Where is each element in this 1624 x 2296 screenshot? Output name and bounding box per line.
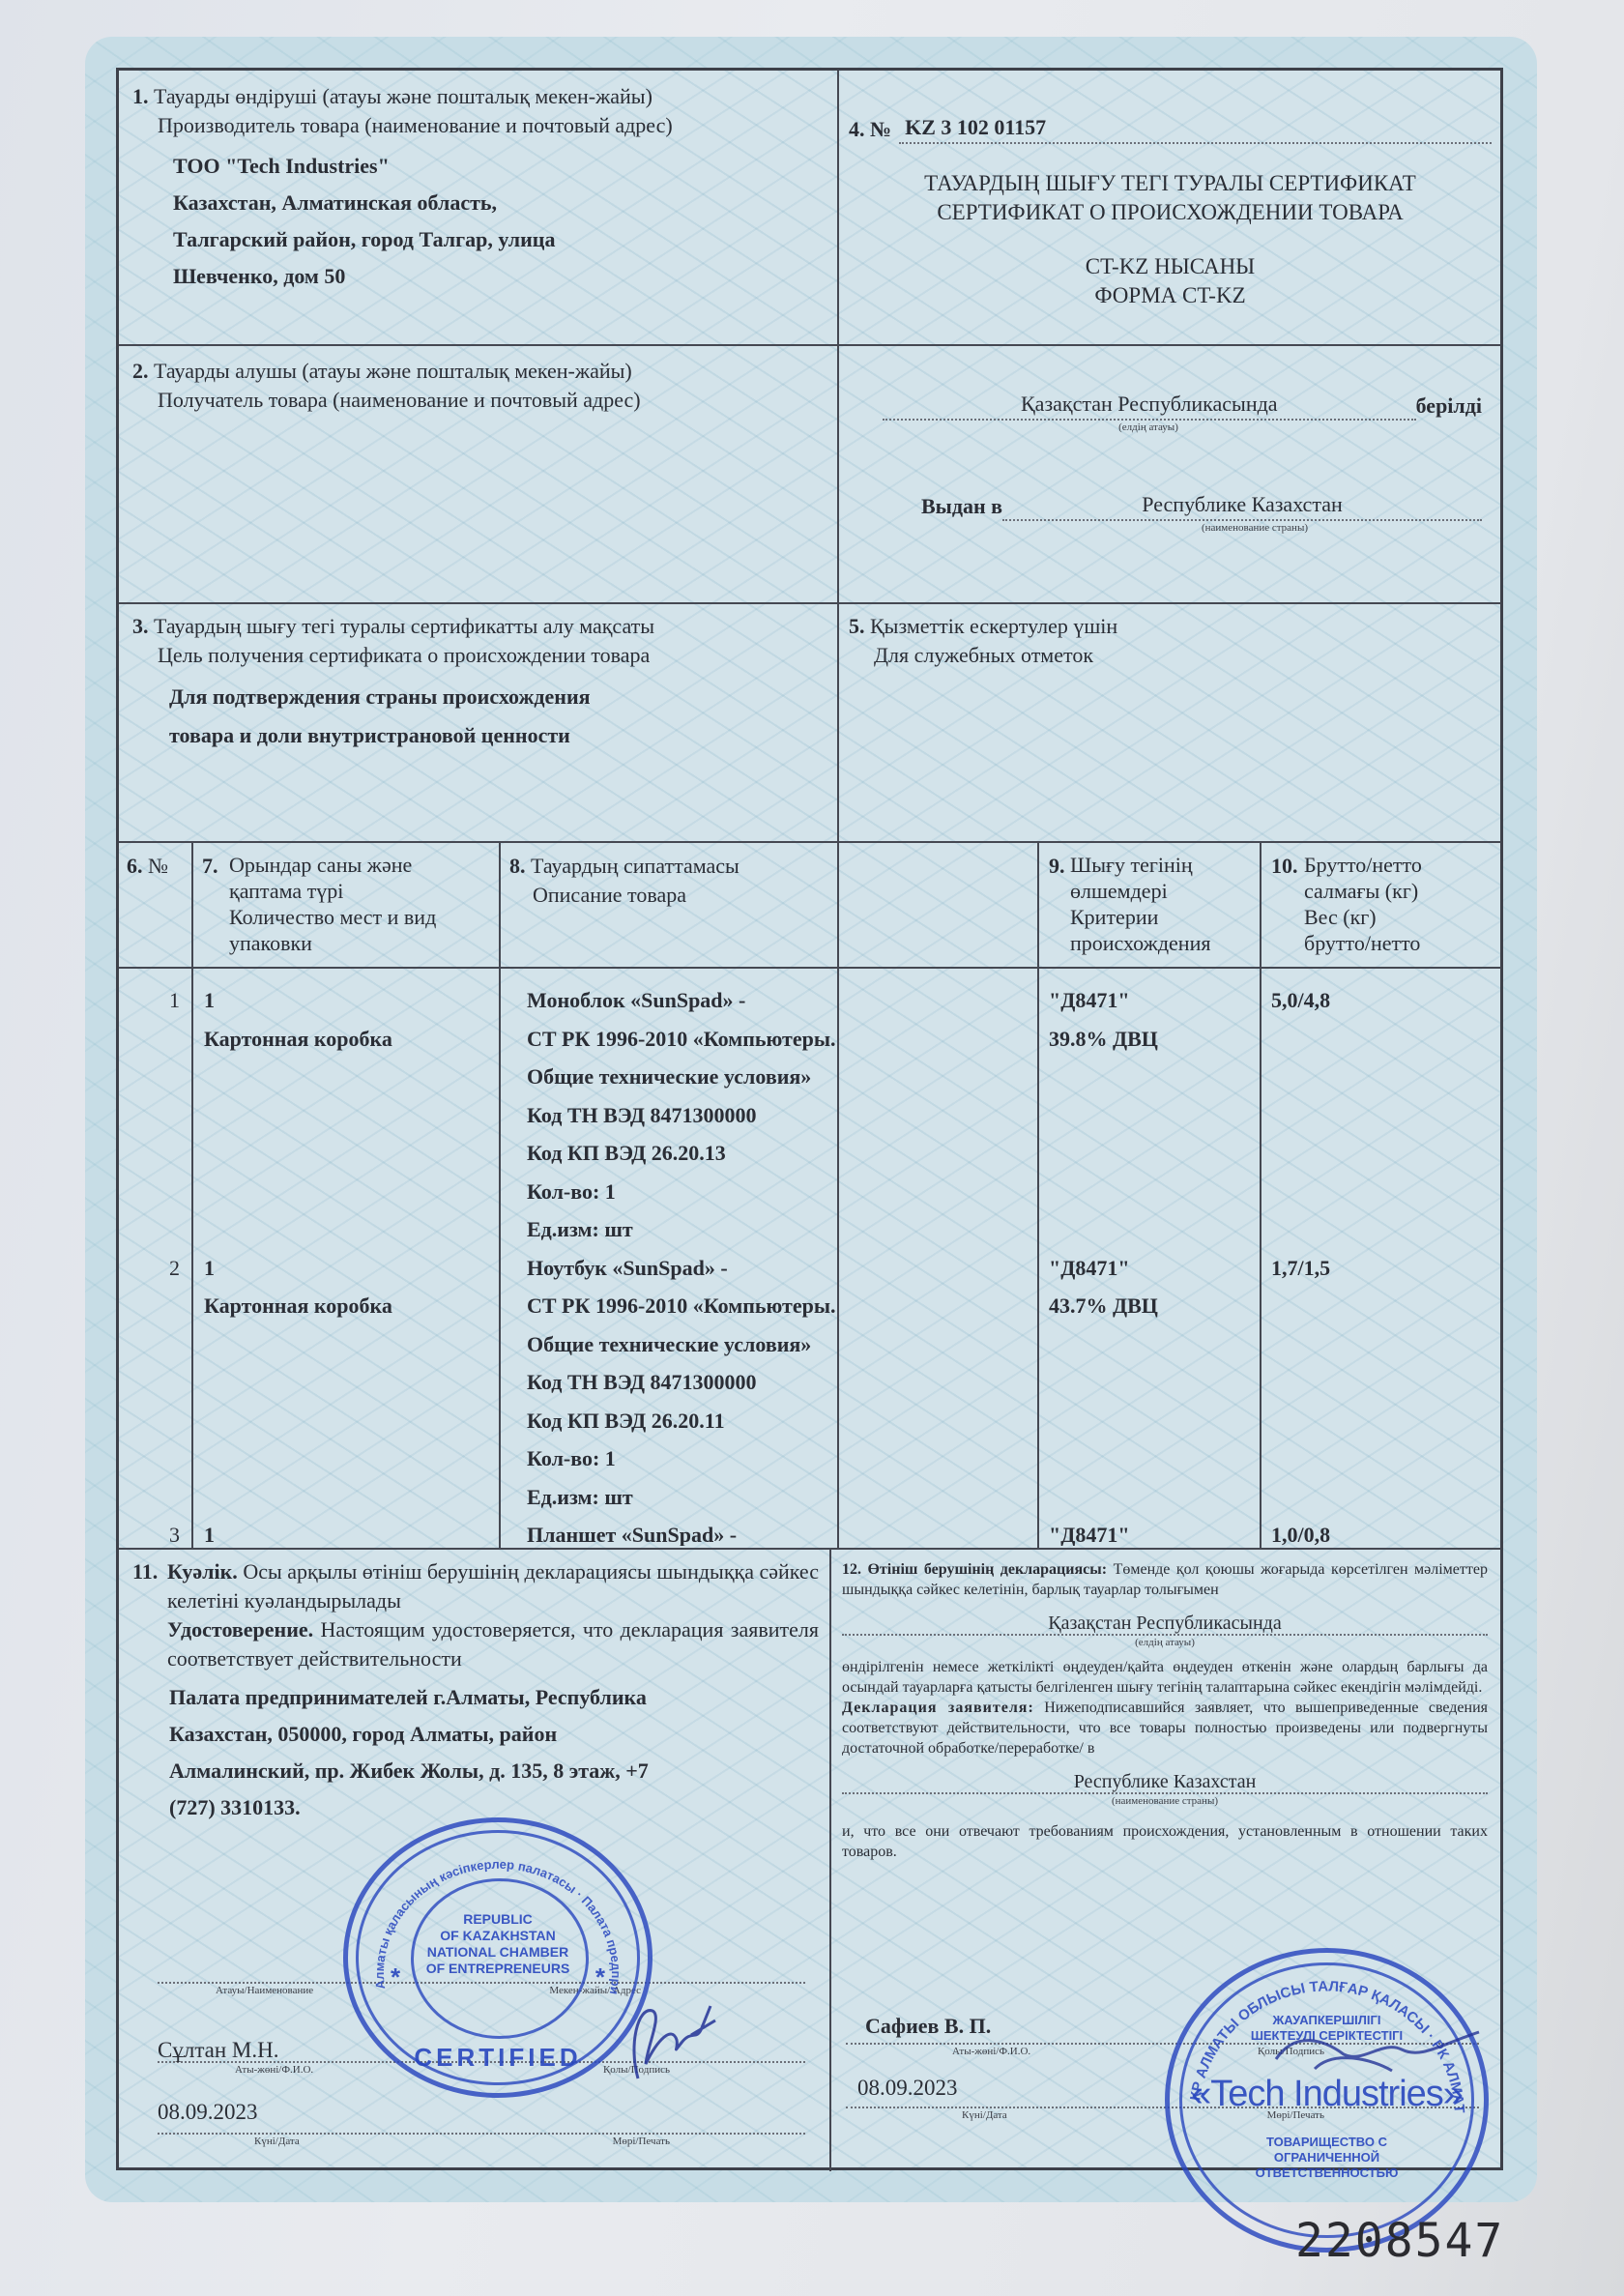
description-line: Код КП ВЭД 26.20.11 [527,1402,1029,1440]
country-hint-kz: (елдің атауы) [842,1636,1488,1649]
weight-value: 1,0/0,8 [1271,1516,1493,1546]
stamp-bottom-line: ОГРАНИЧЕННОЙ [1170,2150,1484,2165]
goods-description: Планшет «SunSpad» - [527,1516,1029,1546]
description-line: Ноутбук «SunSpad» - [527,1249,1029,1288]
row-number: 3 [127,1516,180,1546]
chamber-of-entrepreneurs-stamp: Алматы қаласының кәсіпкерлер палатасы · … [343,1817,652,2098]
packaging-type: Картонная коробка [204,1020,494,1059]
tech-industries-stamp: ҚР АЛМАТЫ ОБЛЫСЫ ТАЛҒАР ҚАЛАСЫ · РК АЛМА… [1165,1948,1489,2252]
box-11-certification: 11. Куәлік. Осы арқылы өтініш берушінің … [132,1557,819,1826]
authority-line: Палата предпринимателей г.Алматы, Респуб… [169,1679,819,1716]
declaration-title-kz: 12. Өтініш берушінің декларациясы: [842,1561,1107,1578]
declaration-country-kz: Қазақстан Республикасында [842,1613,1488,1636]
goods-description: Моноблок «SunSpad» -СТ РК 1996-2010 «Ком… [527,981,1029,1249]
star-icon: * [391,1962,400,1992]
stamp-center-line: OF KAZAKHSTAN [348,1928,648,1944]
places-and-packaging: 1 [204,1516,494,1546]
certification-title-kz: Куәлік. [167,1559,238,1584]
caption-fio: Аты-жөні/Ф.И.О. [235,2063,313,2077]
gross-net-weight: 5,0/4,8 [1271,981,1493,1020]
box-number: 11. [132,1557,167,1673]
box-12-declaration: 12. Өтініш берушінің декларациясы: Төмен… [842,1559,1488,1862]
description-line: Ед.изм: шт [527,1478,1029,1517]
signature-icon [1257,2011,1489,2088]
caption-fio: Аты-жөні/Ф.И.О. [952,2045,1030,2058]
description-line: Кол-во: 1 [527,1439,1029,1478]
places-count: 1 [204,981,494,1020]
row-number: 1 [127,981,180,1020]
declaration-title-ru: Декларация заявителя: [842,1700,1034,1716]
gross-net-weight: 1,0/0,8 [1271,1516,1493,1546]
certification-date: 08.09.2023 [158,2098,805,2127]
origin-criteria: "Д8471"39.8% ДВЦ [1049,981,1252,1058]
stamp-center-line: REPUBLIC [348,1911,648,1928]
star-icon: * [595,1962,605,1992]
certificate-form: 1. Тауарды өндіруші (атауы және пошталық… [116,68,1503,2170]
authority-line: Казахстан, 050000, город Алматы, район [169,1716,819,1753]
packaging-type: Картонная коробка [204,1287,494,1325]
description-line: Общие технические условия» [527,1058,1029,1096]
gross-net-weight: 1,7/1,5 [1271,1249,1493,1288]
description-line: Общие технические условия» [527,1325,1029,1364]
caption-seal: Мөрі/Печать [613,2135,670,2148]
criteria-line: "Д8471" [1049,1249,1252,1288]
stamp-certified: CERTIFIED [348,2043,648,2073]
criteria-line: "Д8471" [1049,981,1252,1020]
weight-value: 1,7/1,5 [1271,1249,1493,1288]
row-number-value: 1 [169,988,180,1012]
criteria-line: "Д8471" [1049,1516,1252,1546]
description-line: СТ РК 1996-2010 «Компьютеры. [527,1287,1029,1325]
goods-description: Ноутбук «SunSpad» -СТ РК 1996-2010 «Комп… [527,1249,1029,1517]
description-line: Код ТН ВЭД 8471300000 [527,1363,1029,1402]
serial-number: 2208547 [1295,2214,1504,2268]
divider [829,1548,831,2171]
description-line: СТ РК 1996-2010 «Компьютеры. [527,1020,1029,1059]
row-number-value: 3 [169,1523,180,1546]
places-and-packaging: 1Картонная коробка [204,1249,494,1325]
caption-date: Күні/Дата [962,2108,1007,2122]
description-line: Код ТН ВЭД 8471300000 [527,1096,1029,1135]
caption-date: Күні/Дата [254,2135,300,2148]
origin-criteria: "Д8471"43.7% ДВЦ [1049,1249,1252,1325]
description-line: Планшет «SunSpad» - [527,1516,1029,1546]
authority-line: Алмалинский, пр. Жибек Жолы, д. 135, 8 э… [169,1753,819,1789]
description-line: Ед.изм: шт [527,1210,1029,1249]
stamp-center-line: NATIONAL CHAMBER [348,1944,648,1961]
criteria-line: 39.8% ДВЦ [1049,1020,1252,1059]
declaration-text-kz-2: өндірілгенін немесе жеткілікті өңдеуден/… [842,1657,1488,1698]
row-number: 2 [127,1249,180,1288]
country-hint-ru: (наименование страны) [842,1794,1488,1808]
stamp-bottom-line: ОТВЕТСТВЕННОСТЬЮ [1170,2165,1484,2181]
certification-text-kz: Осы арқылы өтініш берушінің декларациясы… [167,1559,819,1613]
description-line: Кол-во: 1 [527,1173,1029,1211]
origin-criteria: "Д8471" [1049,1516,1252,1546]
declaration-country-ru: Республике Казахстан [842,1772,1488,1794]
row-number-value: 2 [169,1256,180,1280]
goods-table-body: 11Картонная коробкаМоноблок «SunSpad» -С… [119,71,1501,1546]
weight-value: 5,0/4,8 [1271,981,1493,1020]
divider [119,1548,1501,1550]
places-count: 1 [204,1516,494,1546]
stamp-bottom-line: ТОВАРИЩЕСТВО С [1170,2135,1484,2150]
description-line: Код КП ВЭД 26.20.13 [527,1134,1029,1173]
places-count: 1 [204,1249,494,1288]
certification-title-ru: Удостоверение. [167,1617,313,1642]
declaration-text-ru-2: и, что все они отвечают требованиям прои… [842,1821,1488,1862]
signature-icon [619,1987,725,2093]
caption-name: Атауы/Наименование [216,1984,313,1997]
places-and-packaging: 1Картонная коробка [204,981,494,1058]
criteria-line: 43.7% ДВЦ [1049,1287,1252,1325]
description-line: Моноблок «SunSpad» - [527,981,1029,1020]
